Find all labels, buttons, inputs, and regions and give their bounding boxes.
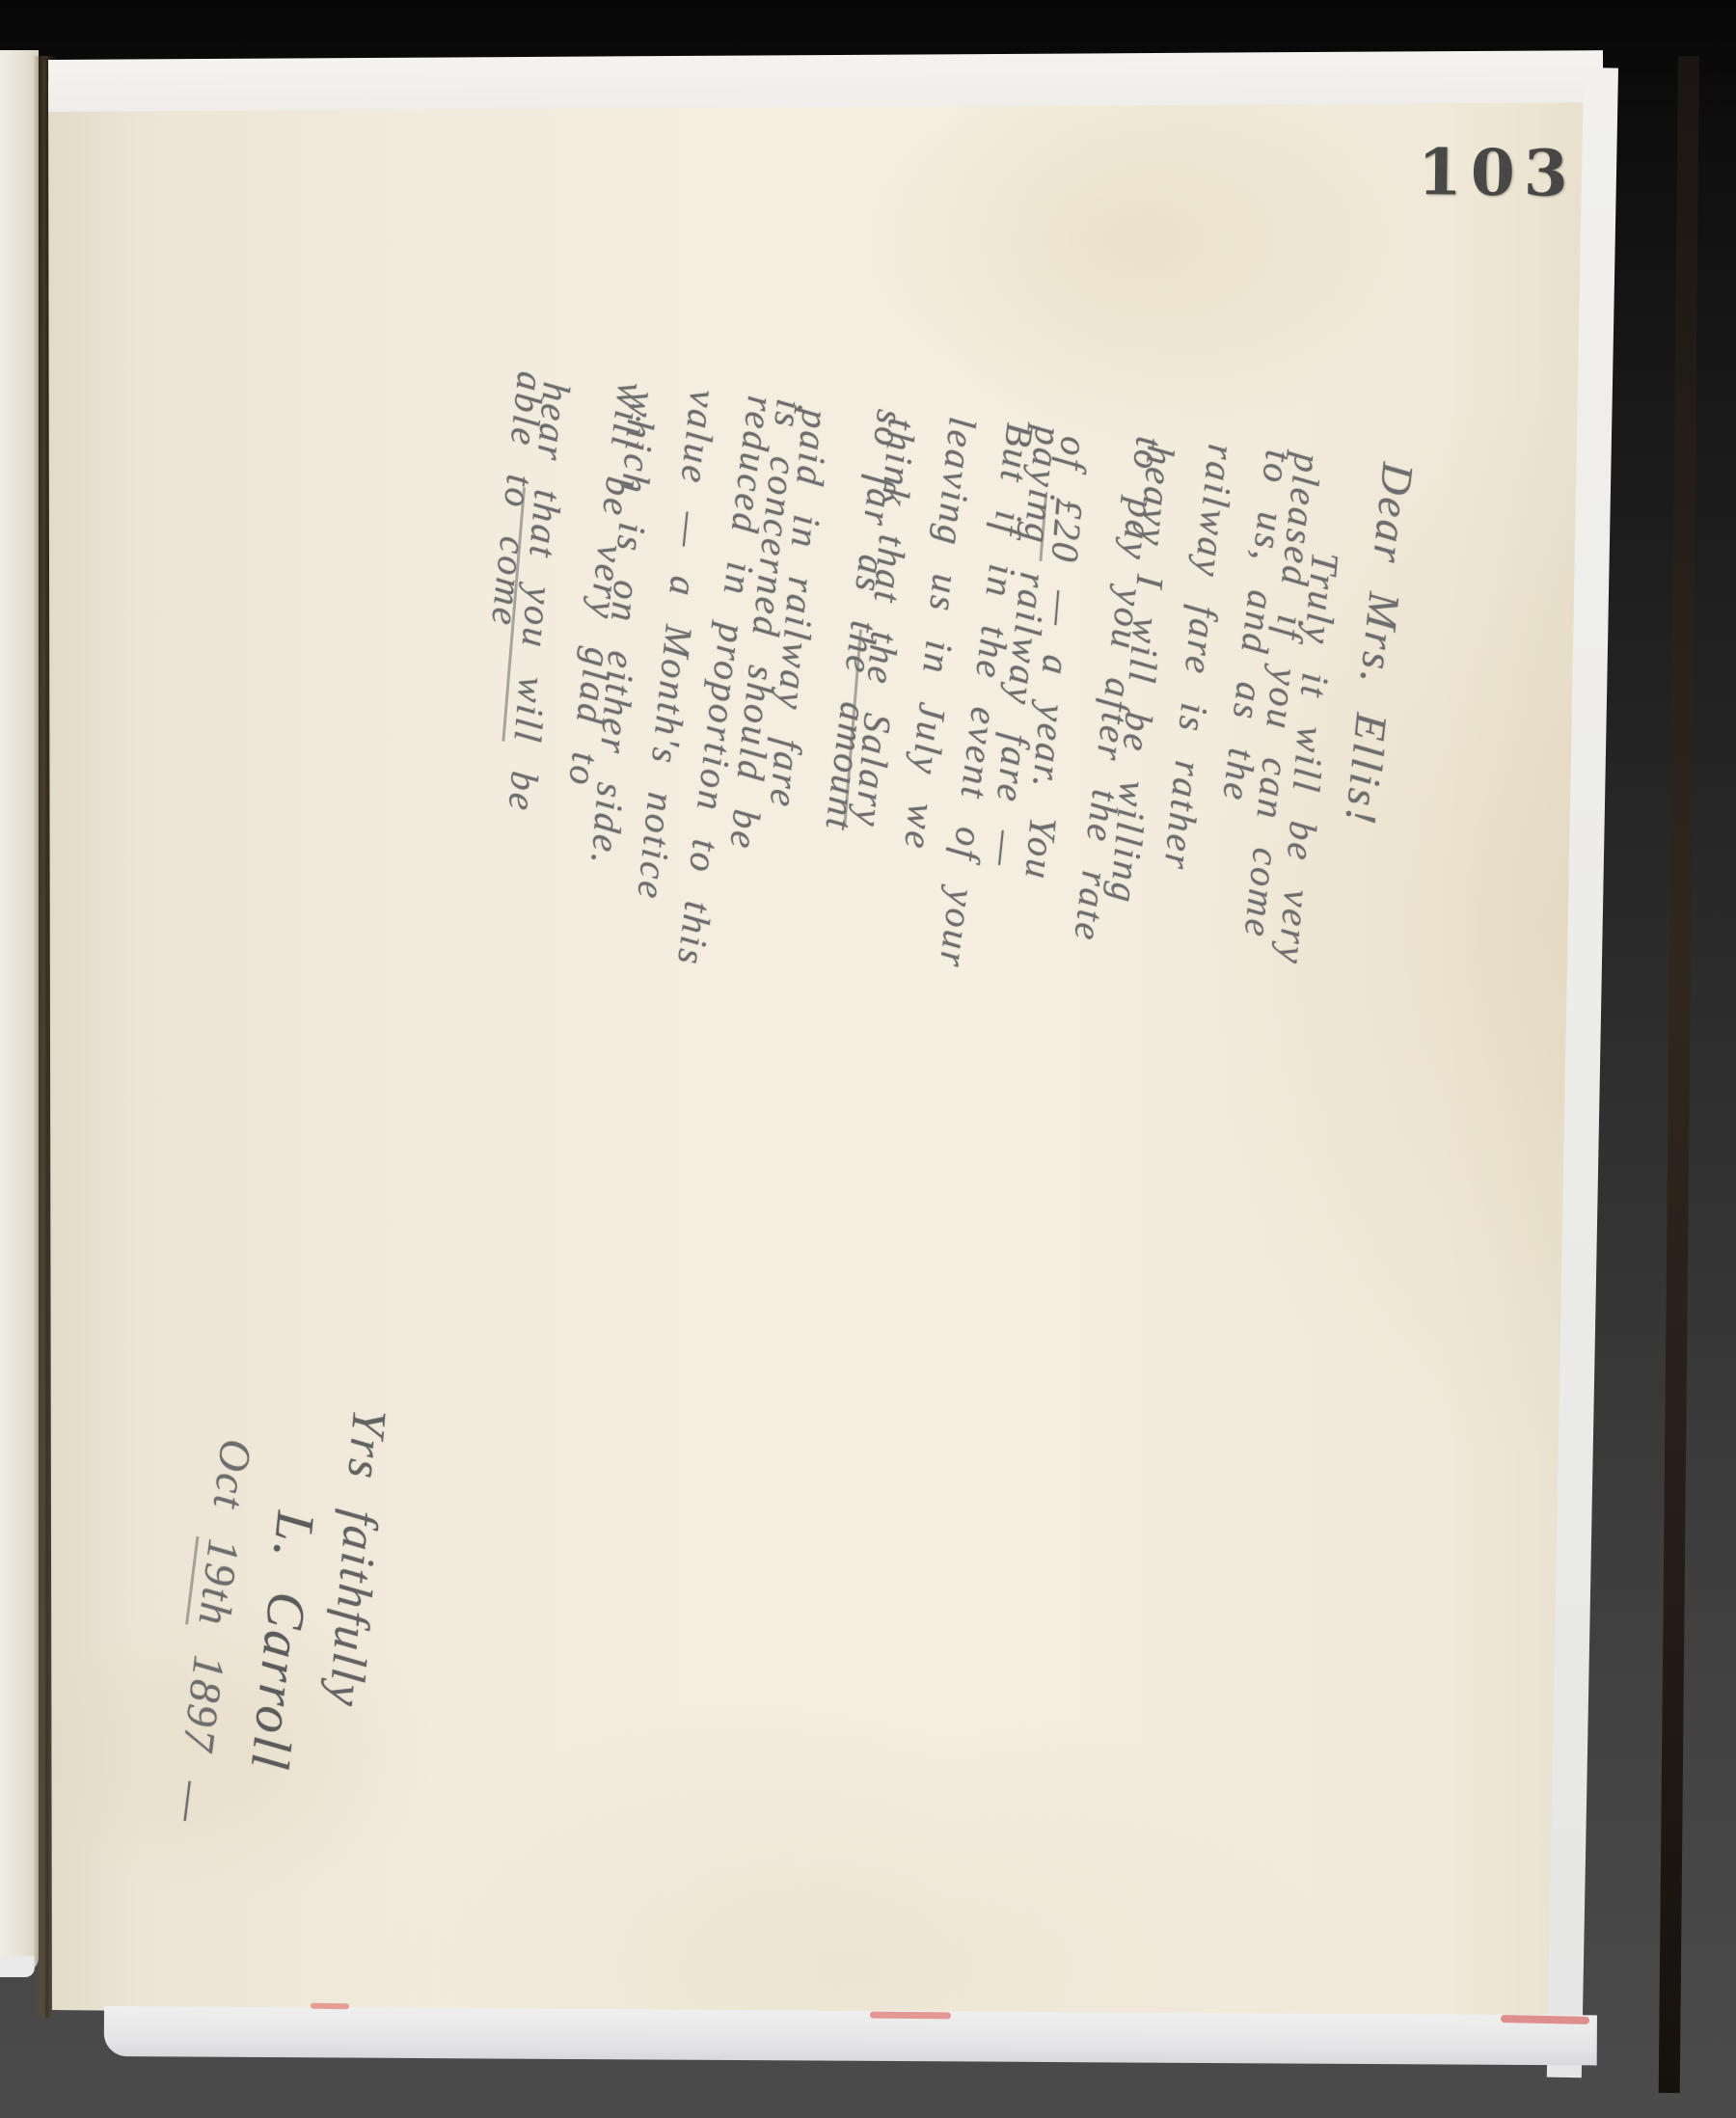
book-page-photo: 103 Dear Mrs. Ellis! Truly it will be ve… (0, 0, 1736, 2118)
page-top-edge (48, 50, 1603, 112)
underlined-phrase: £20 (1039, 496, 1091, 565)
underlined-phrase: 19th (185, 1536, 249, 1630)
letter-body: Truly it will be verypleased if you can … (353, 369, 1373, 1957)
facing-page-bottom-edge (0, 1956, 35, 1977)
letter-text-block: Dear Mrs. Ellis! Truly it will be verypl… (193, 353, 1424, 1963)
page-number-stamp: 103 (1418, 134, 1578, 211)
bottom-page-edge (104, 2006, 1597, 2065)
handwritten-letter: Dear Mrs. Ellis! Truly it will be verypl… (193, 353, 1424, 1963)
red-pencil-mark (311, 2003, 349, 2010)
red-pencil-mark (870, 2012, 951, 2020)
